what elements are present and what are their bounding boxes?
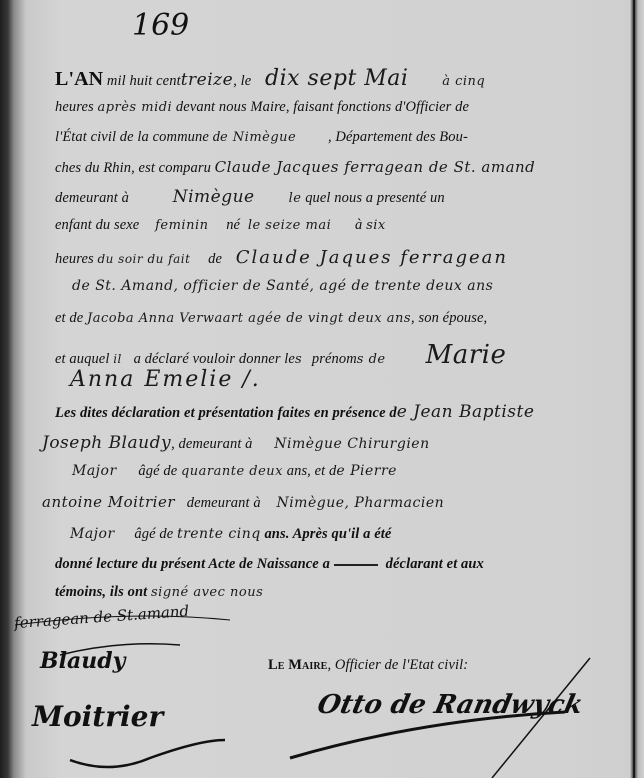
signature-flourishes <box>0 0 644 778</box>
document-page: 169 L'AN mil huit centtreize, le dix sep… <box>0 0 644 778</box>
